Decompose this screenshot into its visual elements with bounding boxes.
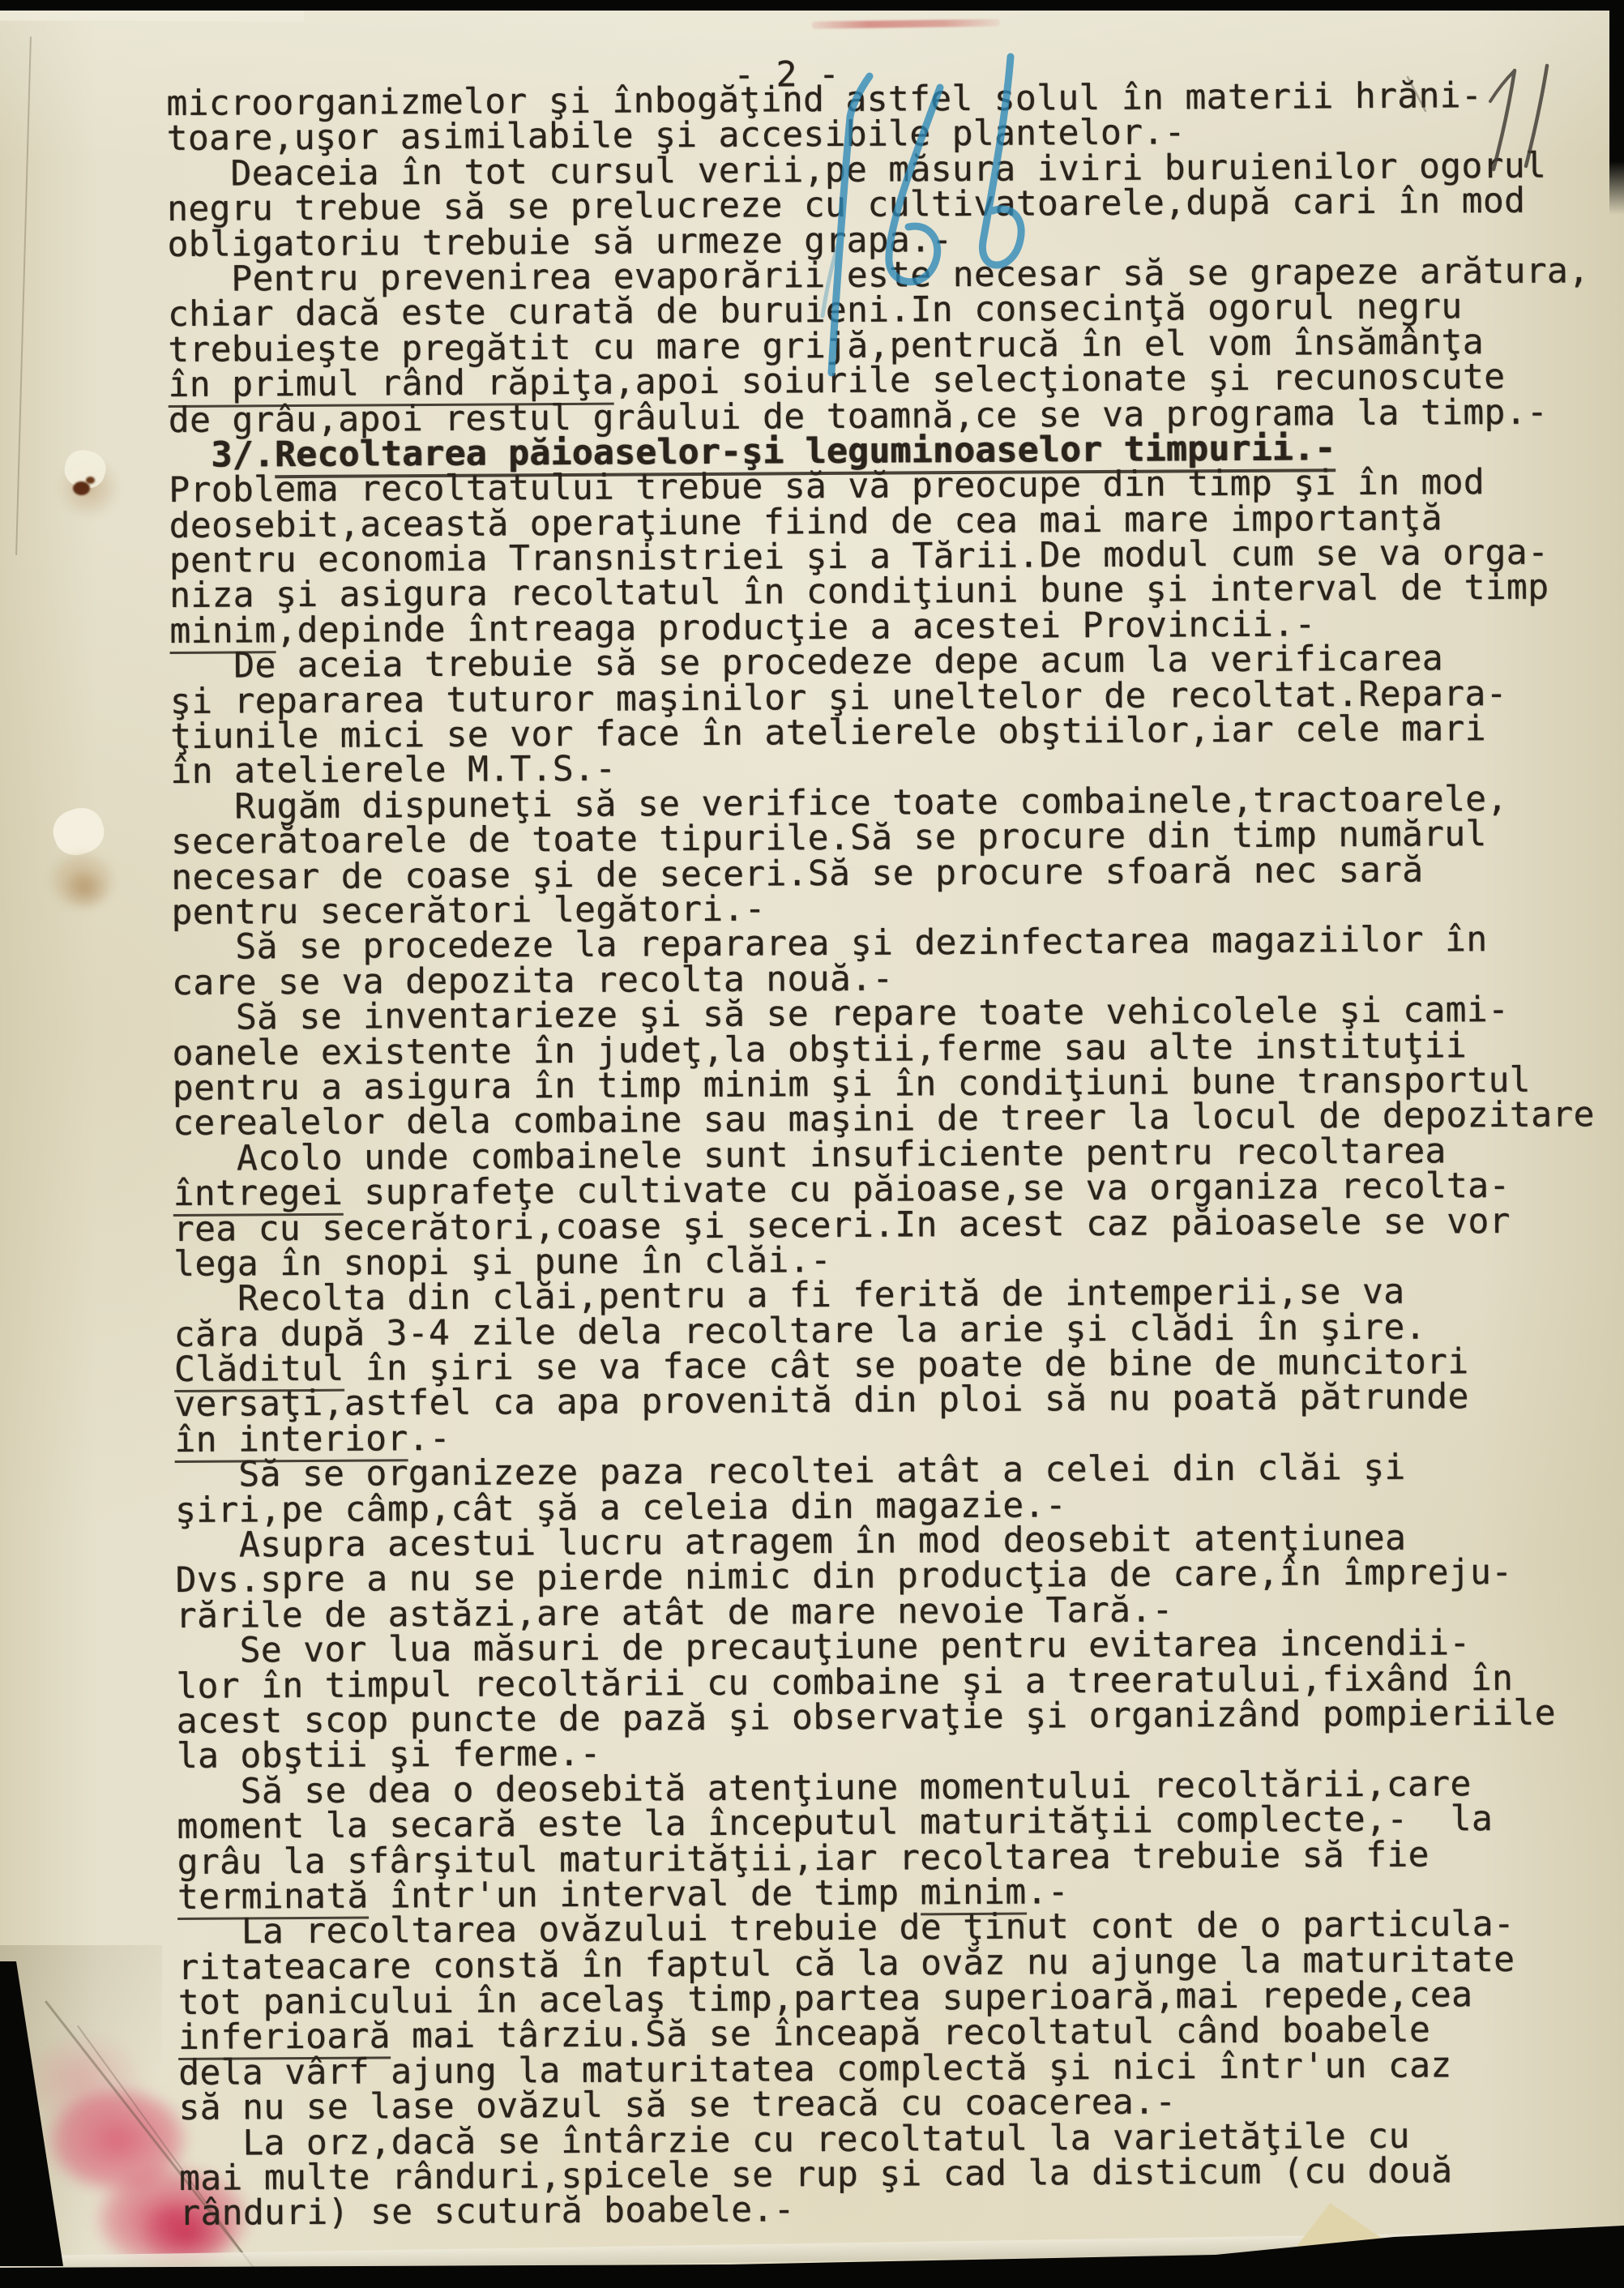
text-line: acest scop puncte de pază şi observaţie … <box>176 1696 1598 1739</box>
scanned-document-page: - 2 - microorganizmelor şi înbogăţind as… <box>0 0 1624 2288</box>
text-line: rea cu secerători,coase şi seceri.In ace… <box>173 1204 1596 1247</box>
scan-edge-right <box>1609 0 1624 215</box>
text-line: rânduri) se scutură boabele.- <box>179 2188 1601 2232</box>
document-body-text: microorganizmelor şi înbogăţind astfel s… <box>166 78 1601 2231</box>
brown-stain <box>55 864 115 914</box>
text-line: mai multe rânduri,spicele se rup şi cad … <box>179 2153 1601 2196</box>
text-line: necesar de coase şi de seceri.Să se proc… <box>171 852 1593 896</box>
text-line: ţiunile mici se vor face în atelierele o… <box>170 711 1592 755</box>
text-line: versaţi,astfel ca apa provenită din ploi… <box>174 1379 1596 1423</box>
scan-edge-top <box>0 0 1624 11</box>
brown-spot <box>86 477 95 484</box>
brown-spot <box>73 481 90 495</box>
handwritten-blue-number-annotation <box>774 32 1041 381</box>
handwritten-pencil-number-annotation <box>1390 61 1576 182</box>
